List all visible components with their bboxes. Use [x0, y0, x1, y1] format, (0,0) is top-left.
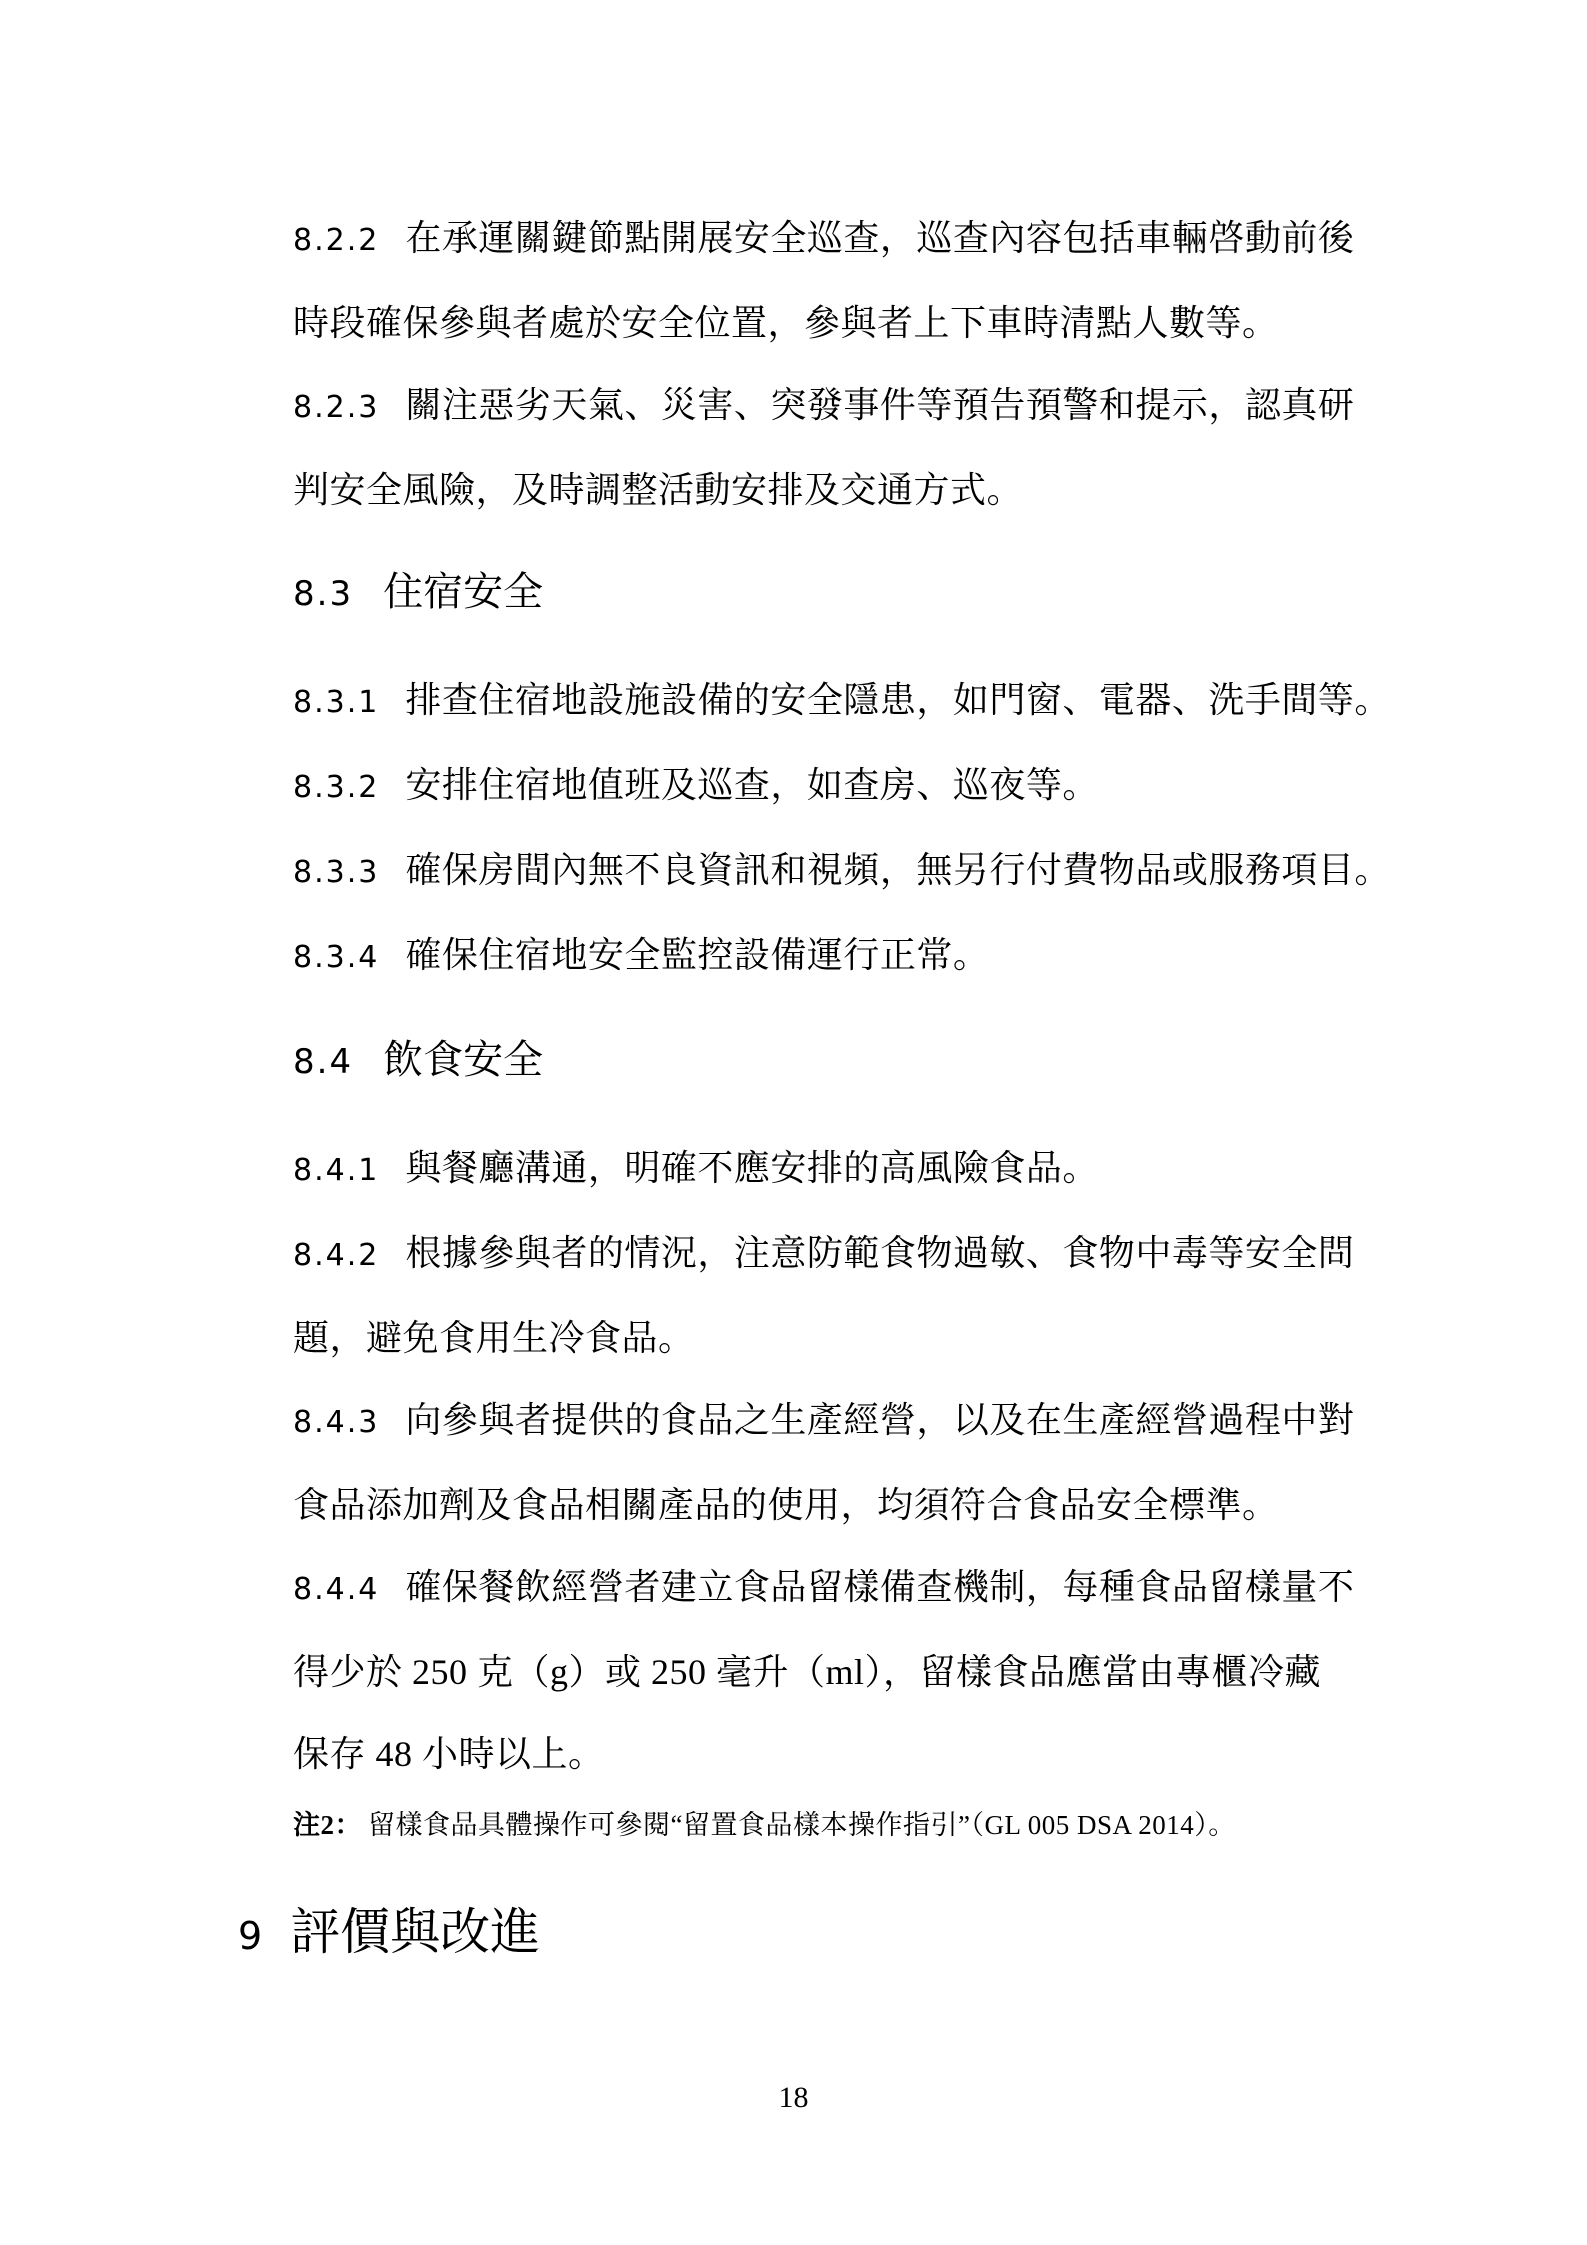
clause-number: 8.4.3 — [293, 1405, 379, 1440]
clause-8.4.2-line-1: 8.4.2根據參與者的情況，注意防範食物過敏、食物中毒等安全問 — [293, 1212, 1368, 1297]
footnote: 注2：留樣食品具體操作可參閱“留置食品樣本操作指引”（GL 005 DSA 20… — [293, 1795, 1368, 1855]
clause-number: 8.3.1 — [293, 685, 379, 720]
clause-8.4.3-line-1: 8.4.3向參與者提供的食品之生產經營，以及在生產經營過程中對 — [293, 1379, 1368, 1464]
clause-8.3.4-line-1: 8.3.4確保住宿地安全監控設備運行正常。 — [293, 914, 1368, 999]
section-heading-8.4: 8.4飲食安全 — [293, 1019, 1368, 1103]
section-number: 8.3 — [293, 574, 353, 614]
clause-8.4.1-line-1: 8.4.1與餐廳溝通，明確不應安排的高風險食品。 — [293, 1127, 1368, 1212]
clause-8.4.4-line-3: 保存 48 小時以上。 — [293, 1713, 1368, 1795]
clause-8.3.3-line-1: 8.3.3確保房間內無不良資訊和視頻，無另行付費物品或服務項目。 — [293, 829, 1368, 914]
section-title: 飲食安全 — [383, 1037, 543, 1082]
section-heading-8.3: 8.3住宿安全 — [293, 551, 1368, 635]
section-number: 9 — [238, 1914, 262, 1958]
section-number: 8.4 — [293, 1042, 353, 1082]
clause-8.4.2-line-2: 題，避免食用生冷食品。 — [293, 1297, 1368, 1379]
section-heading-9: 9評價與改進 — [238, 1887, 1368, 1981]
clause-number: 8.4.4 — [293, 1572, 379, 1607]
clause-8.3.2-line-1: 8.3.2安排住宿地值班及巡查，如查房、巡夜等。 — [293, 744, 1368, 829]
clause-number: 8.2.3 — [293, 390, 379, 425]
clause-number: 8.4.1 — [293, 1153, 379, 1188]
clause-8.4.4-line-2: 得少於 250 克（g）或 250 毫升（ml），留樣食品應當由專櫃冷藏 — [293, 1631, 1368, 1713]
clause-number: 8.3.2 — [293, 770, 379, 805]
clause-8.4.4-line-1: 8.4.4確保餐飲經營者建立食品留樣備查機制，每種食品留樣量不 — [293, 1546, 1368, 1631]
page-footer: 18 — [0, 2078, 1587, 2118]
clause-8.4.3-line-2: 食品添加劑及食品相關產品的使用，均須符合食品安全標準。 — [293, 1464, 1368, 1546]
document-content: 8.2.2在承運關鍵節點開展安全巡查，巡查內容包括車輛啓動前後時段確保參與者處於… — [293, 197, 1368, 1981]
section-title: 住宿安全 — [383, 569, 543, 614]
clause-8.2.3-line-2: 判安全風險，及時調整活動安排及交通方式。 — [293, 449, 1368, 531]
footnote-label: 注2： — [293, 1810, 362, 1840]
clause-8.2.2-line-2: 時段確保參與者處於安全位置，參與者上下車時清點人數等。 — [293, 282, 1368, 364]
clause-number: 8.3.3 — [293, 855, 379, 890]
clause-number: 8.3.4 — [293, 940, 379, 975]
document-page: 8.2.2在承運關鍵節點開展安全巡查，巡查內容包括車輛啓動前後時段確保參與者處於… — [0, 0, 1587, 2245]
section-title: 評價與改進 — [290, 1904, 540, 1960]
clause-8.3.1-line-1: 8.3.1排查住宿地設施設備的安全隱患，如門窗、電器、洗手間等。 — [293, 659, 1368, 744]
clause-8.2.2-line-1: 8.2.2在承運關鍵節點開展安全巡查，巡查內容包括車輛啓動前後 — [293, 197, 1368, 282]
clause-number: 8.2.2 — [293, 223, 379, 258]
page-number: 18 — [779, 2081, 809, 2114]
clause-number: 8.4.2 — [293, 1238, 379, 1273]
clause-8.2.3-line-1: 8.2.3關注惡劣天氣、災害、突發事件等預告預警和提示，認真研 — [293, 364, 1368, 449]
